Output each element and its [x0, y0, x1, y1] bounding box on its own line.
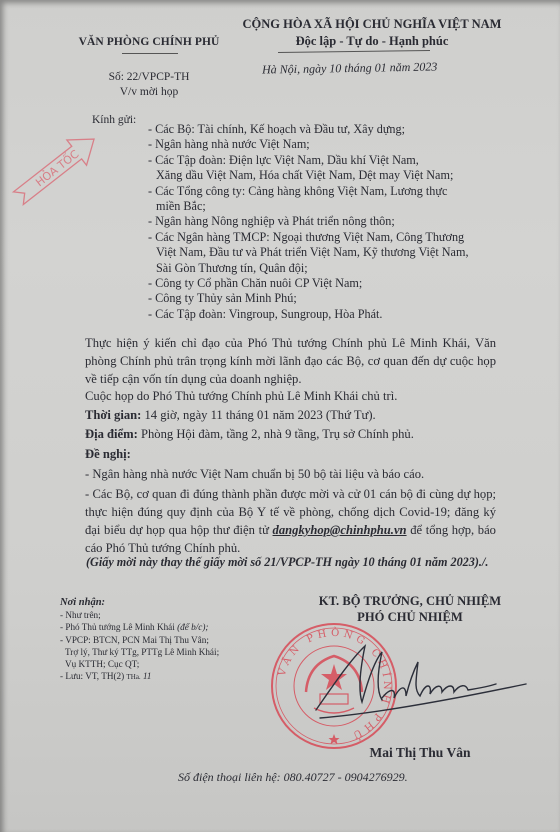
time-label: Thời gian:	[85, 408, 141, 422]
venue-label: Địa điểm:	[85, 427, 138, 441]
archive-suffix: THa.	[126, 673, 140, 681]
addressee-line: - Các Ngân hàng TMCP: Ngoại thương Việt …	[148, 230, 469, 245]
addressee-line: - Các Tập đoàn: Điện lực Việt Nam, Dầu k…	[148, 153, 469, 168]
signer-name: Mai Thị Thu Vân	[330, 745, 510, 761]
intro-text: Thực hiện ý kiến chỉ đạo của Phó Thủ tướ…	[58, 334, 496, 388]
addressee-label: Kính gửi:	[92, 114, 136, 126]
archive-count: 11	[143, 671, 151, 681]
recipients-title: Nơi nhận:	[60, 597, 219, 609]
venue-paragraph: Địa điểm: Phòng Hội đàm, tầng 2, nhà 9 t…	[58, 425, 496, 443]
addressee-line: Xăng dầu Việt Nam, Hóa chất Việt Nam, Dệ…	[148, 168, 469, 183]
request-1: - Ngân hàng nhà nước Việt Nam chuẩn bị 5…	[58, 465, 496, 483]
signature-title: KT. BỘ TRƯỞNG, CHỦ NHIỆM PHÓ CHỦ NHIỆM	[290, 593, 530, 625]
addressee-line: - Các Tổng công ty: Cảng hàng không Việt…	[148, 184, 469, 199]
addressee-line: miền Bắc;	[148, 199, 469, 214]
national-header: CỘNG HÒA XÃ HỘI CHỦ NGHĨA VIỆT NAM Độc l…	[228, 16, 516, 50]
recipient-line: - Phó Thủ tướng Lê Minh Khái (để b/c);	[60, 621, 219, 633]
venue-value: Phòng Hội đàm, tầng 2, nhà 9 tầng, Trụ s…	[138, 427, 414, 441]
doc-number-block: Số: 22/VPCP-TH V/v mời họp	[74, 70, 224, 100]
recipient-line: - Lưu: VT, TH(2) THa. 11	[60, 670, 219, 683]
email-link[interactable]: dangkyhop@chinhphu.vn	[273, 523, 407, 537]
addressee-line: - Các Bộ: Tài chính, Kế hoạch và Đầu tư,…	[148, 122, 469, 137]
addressee-line: Việt Nam, Đầu tư và Phát triển Việt Nam,…	[148, 245, 469, 260]
urgent-stamp-icon: HỎA TỐC	[2, 120, 112, 216]
addressee-line: Sài Gòn Thương tín, Quân đội;	[148, 261, 469, 276]
recipient-line: Vụ KTTH; Cục QT;	[60, 658, 219, 670]
replace-note-text: (Giấy mời này thay thế giấy mời số 21/VP…	[58, 553, 496, 571]
time-paragraph: Thời gian: 14 giờ, ngày 11 tháng 01 năm …	[58, 406, 496, 424]
addressee-line: - Công ty Cổ phần Chăn nuôi CP Việt Nam;	[148, 276, 469, 291]
nation-title: CỘNG HÒA XÃ HỘI CHỦ NGHĨA VIỆT NAM	[228, 16, 516, 33]
addressee-list: - Các Bộ: Tài chính, Kế hoạch và Đầu tư,…	[148, 122, 469, 322]
recipient-line: - VPCP: BTCN, PCN Mai Thị Thu Vân;	[60, 634, 219, 646]
request-1-text: - Ngân hàng nhà nước Việt Nam chuẩn bị 5…	[58, 465, 496, 483]
chair-paragraph: Cuộc họp do Phó Thủ tướng Chính phủ Lê M…	[58, 387, 496, 405]
time-value: 14 giờ, ngày 11 tháng 01 năm 2023 (Thứ T…	[141, 408, 375, 422]
motto-underline	[278, 50, 430, 53]
recipient-note: (để b/c);	[177, 622, 208, 632]
addressee-line: - Ngân hàng nhà nước Việt Nam;	[148, 137, 469, 152]
agency-underline	[122, 53, 178, 54]
doc-number: Số: 22/VPCP-TH	[74, 70, 224, 85]
chair-text: Cuộc họp do Phó Thủ tướng Chính phủ Lê M…	[58, 387, 496, 405]
intro-paragraph: Thực hiện ý kiến chỉ đạo của Phó Thủ tướ…	[58, 334, 496, 388]
addressee-line: - Ngân hàng Nông nghiệp và Phát triển nô…	[148, 214, 469, 229]
recipients-block: Nơi nhận: - Như trên; - Phó Thủ tướng Lê…	[60, 597, 219, 683]
svg-text:HỎA TỐC: HỎA TỐC	[33, 147, 82, 190]
agency-name: VĂN PHÒNG CHÍNH PHỦ	[74, 36, 224, 48]
replace-note: (Giấy mời này thay thế giấy mời số 21/VP…	[58, 553, 496, 571]
handwritten-signature-icon	[310, 640, 530, 720]
request-2: - Các Bộ, cơ quan đi đúng thành phần đượ…	[58, 485, 496, 557]
request-label: Đề nghị:	[58, 445, 496, 463]
recipient-line: - Như trên;	[60, 609, 219, 621]
national-motto: Độc lập - Tự do - Hạnh phúc	[228, 33, 516, 50]
request-heading: Đề nghị:	[58, 445, 496, 463]
addressee-line: - Công ty Thủy sản Minh Phú;	[148, 291, 469, 306]
document-page: VĂN PHÒNG CHÍNH PHỦ Số: 22/VPCP-TH V/v m…	[0, 0, 560, 832]
recipient-line: Trợ lý, Thư ký TTg, PTTg Lê Minh Khái;	[60, 646, 219, 658]
signature-title-line1: KT. BỘ TRƯỞNG, CHỦ NHIỆM	[290, 593, 530, 609]
place-date: Hà Nội, ngày 10 tháng 01 năm 2023	[262, 59, 438, 77]
doc-subject: V/v mời họp	[74, 85, 224, 100]
contact-phone: Số điện thoại liên hệ: 080.40727 - 09042…	[178, 770, 408, 785]
addressee-line: - Các Tập đoàn: Vingroup, Sungroup, Hòa …	[148, 307, 469, 322]
